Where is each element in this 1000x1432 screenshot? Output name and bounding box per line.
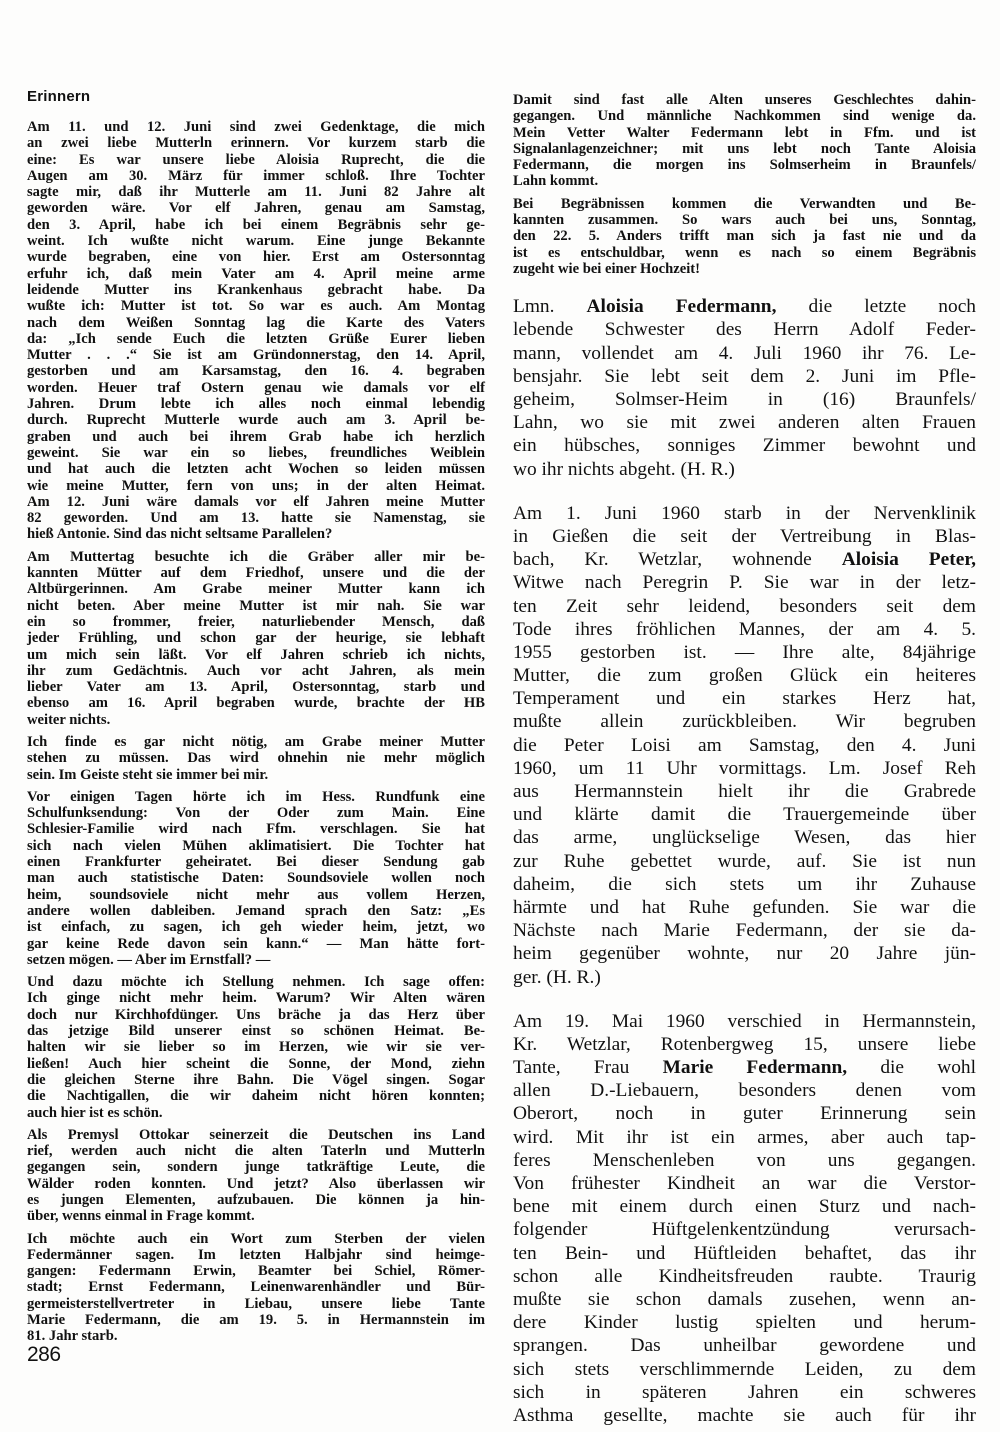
text-line: wird. Mit ihr ist ein armes, aber auch t… <box>513 1126 976 1149</box>
text-line: 81. Jahr starb. <box>27 1328 485 1344</box>
text-segment: dere Kinder lustig spielten und herum- <box>513 1312 976 1333</box>
text-segment: mußte allein zurückbleiben. Wir begruben <box>513 711 976 732</box>
text-line: die gleichen Sterne ihre Bahn. Die Vögel… <box>27 1072 485 1088</box>
text-line: ein so frommer, freier, naturliebender M… <box>27 614 485 630</box>
text-line: heim, soundsoviele nicht mehr aus vollem… <box>27 887 485 903</box>
text-line: kannten zusammen. So wars auch bei uns, … <box>513 212 976 228</box>
text-line: wußte ich: Mutter ist tot. So war es auc… <box>27 298 485 314</box>
text-line: Vor einigen Tagen hörte ich im Hess. Run… <box>27 789 485 805</box>
text-line: ein hübsches, sonniges Zimmer bewohnt un… <box>513 434 976 457</box>
text-segment: sprangen. Das unheilbar gewordene und <box>513 1335 976 1356</box>
paragraph: Damit sind fast alle Alten unseres Gesch… <box>513 92 976 190</box>
text-line: mußte allein zurückbleiben. Wir begruben <box>513 710 976 733</box>
text-line: durch. Ruprecht Mutterle wurde auch am 3… <box>27 412 485 428</box>
paragraph: Ich finde es gar nicht nötig, am Grabe m… <box>27 734 485 783</box>
text-line: da: „Ich sende Euch die letzten Grüße Eu… <box>27 331 485 347</box>
text-segment: Am 19. Mai 1960 verschied in Hermannstei… <box>513 1011 976 1032</box>
document-page: Erinnern Am 11. und 12. Juni sind zwei G… <box>0 0 1000 1432</box>
text-line: es jungen Elementen, aufzubauen. Die kön… <box>27 1192 485 1208</box>
text-line: weint. Ich wußte nicht warum. Eine junge… <box>27 233 485 249</box>
text-line: Am 12. Juni wäre damals vor elf Jahren m… <box>27 494 485 510</box>
text-segment: Temperament und ein starkes Herz hat, <box>513 688 976 709</box>
text-segment: die letzte noch <box>776 296 976 317</box>
text-segment: Tante, Frau <box>513 1057 663 1078</box>
text-segment: Oberort, noch in guter Erinnerung sein <box>513 1103 976 1124</box>
paragraph: Vor einigen Tagen hörte ich im Hess. Run… <box>27 789 485 968</box>
text-segment: folgender Hüftgelenkentzündung verursach… <box>513 1219 976 1240</box>
text-line: feres Menschenleben von uns gegangen. <box>513 1149 976 1172</box>
text-line: Ich finde es gar nicht nötig, am Grabe m… <box>27 734 485 750</box>
text-segment: sich stets verschlimmernde Leiden, zu de… <box>513 1359 976 1380</box>
text-segment: Lahn, wo sie mit zwei anderen alten Frau… <box>513 412 976 433</box>
text-line: 1960, um 11 Uhr vormittags. Lm. Josef Re… <box>513 757 976 780</box>
paragraph: Am Muttertag besuchte ich die Gräber all… <box>27 549 485 728</box>
text-line: ist einfach, zu sagen, ich geh wieder he… <box>27 919 485 935</box>
text-line: daheim, die sich stets um ihr Zuhause <box>513 873 976 896</box>
text-line: 1955 gestorben ist. — Ihre alte, 84jähri… <box>513 641 976 664</box>
text-line: stehen zu müssen. Das wird ohnehin nie m… <box>27 750 485 766</box>
text-segment: das arme, unglückselige Wesen, das hier <box>513 827 976 848</box>
person-name: Aloisia Peter, <box>842 549 976 570</box>
text-segment: daheim, die sich stets um ihr Zuhause <box>513 874 976 895</box>
text-line: in Gießen die seit der Vertreibung in Bl… <box>513 525 976 548</box>
left-column: Erinnern Am 11. und 12. Juni sind zwei G… <box>27 88 485 1347</box>
person-name: Marie Federmann, <box>663 1057 848 1078</box>
text-line: ger. (H. R.) <box>513 966 976 989</box>
text-line: zur Ruhe gebettet wurde, auf. Sie ist nu… <box>513 850 976 873</box>
obituary-notices: Lmn. Aloisia Federmann, die letzte nochl… <box>513 279 976 1427</box>
paragraph: Bei Begräbnissen kommen die Verwandten u… <box>513 196 976 277</box>
text-line: gar keine Rede davon sein kann.“ — Man h… <box>27 936 485 952</box>
text-segment: geheim, Solmser-Heim in (16) Braunfels/ <box>513 389 976 410</box>
text-line: gestorben und am Karsamstag, den 16. 4. … <box>27 363 485 379</box>
text-segment: und klärte damit die Trauergemeinde über <box>513 804 976 825</box>
text-line: nicht beten. Aber meine Mutter ist mir n… <box>27 598 485 614</box>
text-line: die Nachtigallen, die wir daheim nicht h… <box>27 1088 485 1104</box>
text-line: ihr zum Gedächtnis. Auch vor acht Jahren… <box>27 663 485 679</box>
text-segment: aus Hermannstein hielt ihr die Grabrede <box>513 781 976 802</box>
text-line: gegangen. Und männliche Nachkommen sind … <box>513 108 976 124</box>
text-segment: feres Menschenleben von uns gegangen. <box>513 1150 976 1171</box>
text-line: Lahn kommt. <box>513 173 976 189</box>
text-line: Asthma gesellte, machte sie auch für ihr <box>513 1404 976 1427</box>
text-line: den 22. 5. Anders trifft man sich ja fas… <box>513 228 976 244</box>
text-segment: ten Zeit sehr leidend, besonders seit de… <box>513 596 976 617</box>
text-line: erfuhr ich, daß mein Vater am 4. April m… <box>27 266 485 282</box>
text-line: Lahn, wo sie mit zwei anderen alten Frau… <box>513 411 976 434</box>
text-line: worden. Heuer traf Ostern genau wie dama… <box>27 380 485 396</box>
text-line: die Peter Loisi am Samstag, den 4. Juni <box>513 734 976 757</box>
text-segment: bach, Kr. Wetzlar, wohnende <box>513 549 842 570</box>
text-line: heim gegenüber wohnte, nur 20 Jahre jün- <box>513 942 976 965</box>
text-segment: allen D.-Liebauern, besonders denen vom <box>513 1080 976 1101</box>
text-line: Schulfunksendung: Von der Oder zum Main.… <box>27 805 485 821</box>
paragraph: Und dazu möchte ich Stellung nehmen. Ich… <box>27 974 485 1121</box>
text-line: härmte und hat Ruhe gefunden. Sie war di… <box>513 896 976 919</box>
text-line: wie meine Mutter, fern von uns; in der a… <box>27 478 485 494</box>
paragraph: Als Premysl Ottokar seinerzeit die Deuts… <box>27 1127 485 1225</box>
text-line: geweint. Sie war ein so liebes, freundli… <box>27 445 485 461</box>
text-line: Von frühester Kindheit an war die Versto… <box>513 1172 976 1195</box>
text-line: und hat auch die letzten acht Wochen so … <box>27 461 485 477</box>
text-line: wo ihr nichts abgeht. (H. R.) <box>513 458 976 481</box>
text-line: halten wir sie lieber so im Herzen, wie … <box>27 1039 485 1055</box>
text-segment: ein hübsches, sonniges Zimmer bewohnt un… <box>513 435 976 456</box>
text-line: Federmänner sagen. Im letzten Halbjahr s… <box>27 1247 485 1263</box>
text-line: Bei Begräbnissen kommen die Verwandten u… <box>513 196 976 212</box>
text-line: sich nach vielen Mühen aklimatisiert. Di… <box>27 838 485 854</box>
text-segment: bene mit einem durch einen Sturz und nac… <box>513 1196 976 1217</box>
text-line: lieber Vater am 13. April, Ostersonntag,… <box>27 679 485 695</box>
text-line: hieß Antonie. Sind das nicht seltsame Pa… <box>27 526 485 542</box>
paragraph: Ich möchte auch ein Wort zum Sterben der… <box>27 1231 485 1345</box>
text-segment: Asthma gesellte, machte sie auch für ihr <box>513 1405 976 1426</box>
text-line: Und dazu möchte ich Stellung nehmen. Ich… <box>27 974 485 990</box>
text-segment: Nächste nach Marie Federmann, der sie da… <box>513 920 976 941</box>
text-line: andere wollen dableiben. Jemand sprach d… <box>27 903 485 919</box>
text-line: ließen! Auch hier scheint die Sonne, der… <box>27 1056 485 1072</box>
obituary-notice: Lmn. Aloisia Federmann, die letzte nochl… <box>513 295 976 481</box>
text-line: ten Bein- und Hüftleiden behaftet, das i… <box>513 1242 976 1265</box>
text-line: rief, werden auch nicht die alten Taterl… <box>27 1143 485 1159</box>
text-segment: ten Bein- und Hüftleiden behaftet, das i… <box>513 1243 976 1264</box>
text-line: Mein Vetter Walter Federmann lebt in Ffm… <box>513 125 976 141</box>
text-line: auch hier ist es schön. <box>27 1105 485 1121</box>
text-line: Marie Federmann, die am 19. 5. in Herman… <box>27 1312 485 1328</box>
text-line: über, wenns einmal in Frage kommt. <box>27 1208 485 1224</box>
text-line: und klärte damit die Trauergemeinde über <box>513 803 976 826</box>
text-line: Federmann, die morgen ins Solmserheim in… <box>513 157 976 173</box>
obituary-notice: Am 1. Juni 1960 starb in der Nervenklini… <box>513 502 976 989</box>
text-line: stadt; Ernst Federmann, Leinenwarenhändl… <box>27 1279 485 1295</box>
text-line: sprangen. Das unheilbar gewordene und <box>513 1334 976 1357</box>
text-line: gangen: Federmann Erwin, Beamter bei Sch… <box>27 1263 485 1279</box>
text-line: wurde begraben, eine von hier. Erst am O… <box>27 249 485 265</box>
obituary-notice: Am 19. Mai 1960 verschied in Hermannstei… <box>513 1010 976 1427</box>
text-segment: bensjahr. Sie lebt seit dem 2. Juni im P… <box>513 366 976 387</box>
text-segment: Am 1. Juni 1960 starb in der Nervenklini… <box>513 503 976 524</box>
text-line: doch nur Kirchhofdünger. Uns bräche ja d… <box>27 1007 485 1023</box>
text-line: Mutter . . .“ Sie ist am Gründonnerstag,… <box>27 347 485 363</box>
text-line: das arme, unglückselige Wesen, das hier <box>513 826 976 849</box>
text-line: Ich ginge nicht mehr heim. Warum? Wir Al… <box>27 990 485 1006</box>
text-line: graben und auch bei ihrem Grab habe ich … <box>27 429 485 445</box>
text-segment: Mutter, die zum großen Glück ein heitere… <box>513 665 976 686</box>
text-line: 82 geworden. Und am 13. hatte sie Namens… <box>27 510 485 526</box>
text-segment: sich in späteren Jahren ein schweres <box>513 1382 976 1403</box>
text-line: Am 1. Juni 1960 starb in der Nervenklini… <box>513 502 976 525</box>
text-line: setzen mögen. — Aber im Ernstfall? — <box>27 952 485 968</box>
text-line: Damit sind fast alle Alten unseres Gesch… <box>513 92 976 108</box>
text-line: eine: Es war unsere liebe Aloisia Ruprec… <box>27 152 485 168</box>
text-segment: 1955 gestorben ist. — Ihre alte, 84jähri… <box>513 642 976 663</box>
text-line: Witwe nach Peregrin P. Sie war in der le… <box>513 571 976 594</box>
text-line: sich in späteren Jahren ein schweres <box>513 1381 976 1404</box>
text-line: allen D.-Liebauern, besonders denen vom <box>513 1079 976 1102</box>
text-segment: Tode ihres fröhlichen Mannes, der am 4. … <box>513 619 976 640</box>
text-line: ebenso am 16. April begraben wurde, brac… <box>27 695 485 711</box>
text-segment: die wohl <box>847 1057 976 1078</box>
text-line: einen Frankfurter geheiratet. Bei dieser… <box>27 854 485 870</box>
text-line: Am 11. und 12. Juni sind zwei Gedenktage… <box>27 119 485 135</box>
text-line: dere Kinder lustig spielten und herum- <box>513 1311 976 1334</box>
text-line: nach dem Weißen Sonntag lag die Karte de… <box>27 315 485 331</box>
text-line: das jetzige Bild unserer einst so schöne… <box>27 1023 485 1039</box>
text-line: den 3. April, habe ich bei einem Begräbn… <box>27 217 485 233</box>
text-line: Tante, Frau Marie Federmann, die wohl <box>513 1056 976 1079</box>
text-segment: Lmn. <box>513 296 587 317</box>
text-segment: wo ihr nichts abgeht. (H. R.) <box>513 459 735 480</box>
text-segment: schon alle Kindheitsfreuden raubte. Trau… <box>513 1266 976 1287</box>
text-line: um mich sein läßt. Vor elf Jahren schrie… <box>27 647 485 663</box>
text-segment: mann, vollendet am 4. Juli 1960 ihr 76. … <box>513 343 976 364</box>
text-line: Wälder roden konnten. Und jetzt? Also üb… <box>27 1176 485 1192</box>
page-number: 286 <box>27 1343 61 1367</box>
text-segment: Von frühester Kindheit an war die Versto… <box>513 1173 976 1194</box>
text-line: jeder Frühling, und schon gar der heurig… <box>27 630 485 646</box>
text-line: zugeht wie bei einer Hochzeit! <box>513 261 976 277</box>
text-line: sein. Im Geiste steht sie immer bei mir. <box>27 767 485 783</box>
text-line: Als Premysl Ottokar seinerzeit die Deuts… <box>27 1127 485 1143</box>
person-name: Aloisia Federmann, <box>587 296 777 317</box>
text-line: Oberort, noch in guter Erinnerung sein <box>513 1102 976 1125</box>
text-line: bach, Kr. Wetzlar, wohnende Aloisia Pete… <box>513 548 976 571</box>
text-line: Mutter, die zum großen Glück ein heitere… <box>513 664 976 687</box>
text-line: Jahren. Drum lebte ich alles noch einmal… <box>27 396 485 412</box>
text-line: Altbürgerinnen. Am Grabe meiner Mutter k… <box>27 581 485 597</box>
text-segment: Kr. Wetzlar, Rotenbergweg 15, unsere lie… <box>513 1034 976 1055</box>
text-line: Tode ihres fröhlichen Mannes, der am 4. … <box>513 618 976 641</box>
text-line: weiter nichts. <box>27 712 485 728</box>
text-line: aus Hermannstein hielt ihr die Grabrede <box>513 780 976 803</box>
text-segment: lebende Schwester des Herrn Adolf Feder- <box>513 319 976 340</box>
text-line: geworden wäre. Vor elf Jahren, genau am … <box>27 200 485 216</box>
text-segment: ger. (H. R.) <box>513 967 601 988</box>
text-segment: mußte sie schon damals zusehen, wenn an- <box>513 1289 976 1310</box>
text-line: an zwei liebe Mutterln erinnern. Vor kur… <box>27 135 485 151</box>
text-line: kannten Mütter auf dem Friedhof, unsere … <box>27 565 485 581</box>
text-line: folgender Hüftgelenkentzündung verursach… <box>513 1218 976 1241</box>
text-segment: 1960, um 11 Uhr vormittags. Lm. Josef Re… <box>513 758 976 779</box>
text-line: Am Muttertag besuchte ich die Gräber all… <box>27 549 485 565</box>
text-line: Ich möchte auch ein Wort zum Sterben der… <box>27 1231 485 1247</box>
text-line: Signalanlagenzeichner; mit uns lebt noch… <box>513 141 976 157</box>
text-line: Schlesier-Familie wird nach Ffm. verschl… <box>27 821 485 837</box>
text-line: Am 19. Mai 1960 verschied in Hermannstei… <box>513 1010 976 1033</box>
text-line: gegangen sein, sondern junge tatkräftige… <box>27 1159 485 1175</box>
text-line: schon alle Kindheitsfreuden raubte. Trau… <box>513 1265 976 1288</box>
text-line: Kr. Wetzlar, Rotenbergweg 15, unsere lie… <box>513 1033 976 1056</box>
text-line: ten Zeit sehr leidend, besonders seit de… <box>513 595 976 618</box>
text-line: Lmn. Aloisia Federmann, die letzte noch <box>513 295 976 318</box>
text-line: mann, vollendet am 4. Juli 1960 ihr 76. … <box>513 342 976 365</box>
text-line: man auch statistische Daten: Soundsoviel… <box>27 870 485 886</box>
right-column-continuation: Damit sind fast alle Alten unseres Gesch… <box>513 92 976 277</box>
text-segment: Witwe nach Peregrin P. Sie war in der le… <box>513 572 976 593</box>
text-segment: härmte und hat Ruhe gefunden. Sie war di… <box>513 897 976 918</box>
text-line: geheim, Solmser-Heim in (16) Braunfels/ <box>513 388 976 411</box>
text-line: ist es entschuldbar, wenn es nach so ein… <box>513 245 976 261</box>
text-line: bene mit einem durch einen Sturz und nac… <box>513 1195 976 1218</box>
text-segment: die Peter Loisi am Samstag, den 4. Juni <box>513 735 976 756</box>
text-segment: in Gießen die seit der Vertreibung in Bl… <box>513 526 976 547</box>
text-line: bensjahr. Sie lebt seit dem 2. Juni im P… <box>513 365 976 388</box>
text-line: mußte sie schon damals zusehen, wenn an- <box>513 1288 976 1311</box>
article-heading: Erinnern <box>27 88 485 105</box>
text-line: germeisterstellvertreter in Liebau, unse… <box>27 1296 485 1312</box>
text-line: leidende Mutter ins Krankenhaus gebracht… <box>27 282 485 298</box>
text-segment: heim gegenüber wohnte, nur 20 Jahre jün- <box>513 943 976 964</box>
text-line: Temperament und ein starkes Herz hat, <box>513 687 976 710</box>
text-segment: zur Ruhe gebettet wurde, auf. Sie ist nu… <box>513 851 976 872</box>
text-line: sich stets verschlimmernde Leiden, zu de… <box>513 1358 976 1381</box>
text-line: lebende Schwester des Herrn Adolf Feder- <box>513 318 976 341</box>
text-line: sagte mir, daß ihr Mutterle am 11. Juni … <box>27 184 485 200</box>
left-column-body: Am 11. und 12. Juni sind zwei Gedenktage… <box>27 119 485 1345</box>
text-line: Augen am 30. März für immer schloß. Ihre… <box>27 168 485 184</box>
text-line: Nächste nach Marie Federmann, der sie da… <box>513 919 976 942</box>
text-segment: wird. Mit ihr ist ein armes, aber auch t… <box>513 1127 976 1148</box>
paragraph: Am 11. und 12. Juni sind zwei Gedenktage… <box>27 119 485 543</box>
right-column: Damit sind fast alle Alten unseres Gesch… <box>513 92 976 1427</box>
